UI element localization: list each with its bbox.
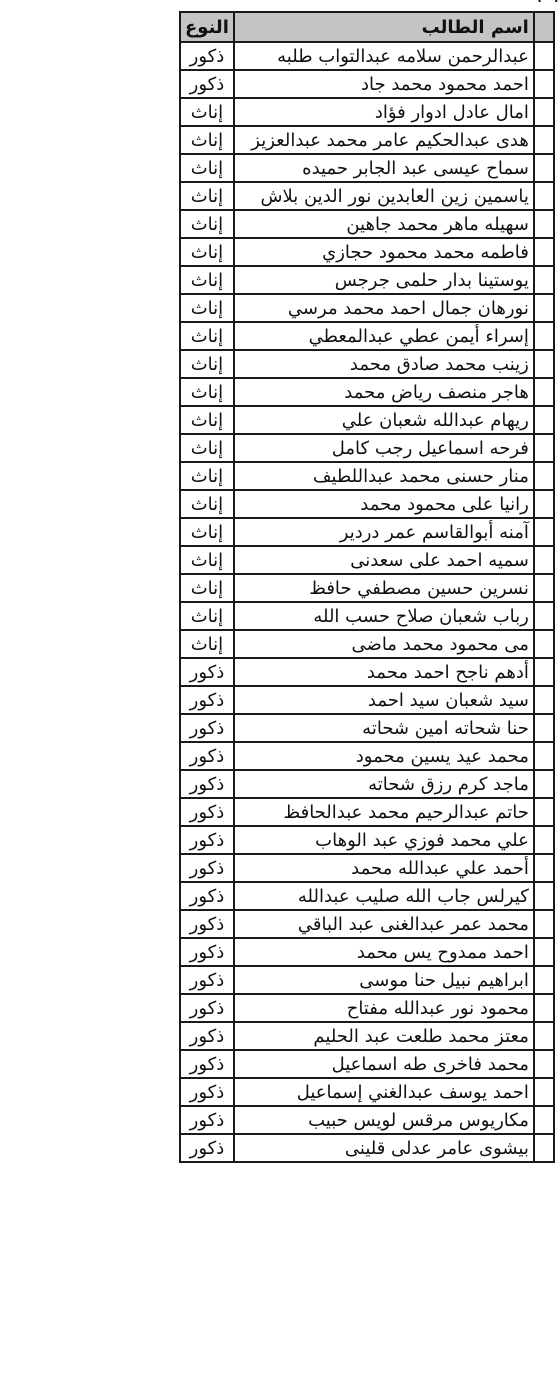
cell-cut-off — [534, 602, 554, 630]
cell-cut-off — [534, 658, 554, 686]
cell-cut-off — [534, 210, 554, 238]
table-row: محمود نور عبدالله مفتاحذكور — [180, 994, 554, 1022]
student-name-cell: يوستينا بدار حلمى جرجس — [234, 266, 534, 294]
student-name-cell: كيرلس جاب الله صليب عبدالله — [234, 882, 534, 910]
table-row: رانيا على محمود محمدإناث — [180, 490, 554, 518]
cell-cut-off — [534, 994, 554, 1022]
student-name-cell: محمد فاخرى طه اسماعيل — [234, 1050, 534, 1078]
student-type-cell: إناث — [180, 266, 234, 294]
student-name-cell: احمد يوسف عبدالغني إسماعيل — [234, 1078, 534, 1106]
table-row: مكاريوس مرقس لويس حبيبذكور — [180, 1106, 554, 1134]
cell-cut-off — [534, 98, 554, 126]
student-type-cell: ذكور — [180, 686, 234, 714]
student-type-cell: إناث — [180, 574, 234, 602]
student-name-cell: فرحه اسماعيل رجب كامل — [234, 434, 534, 462]
table-row: حنا شحاته امين شحاتهذكور — [180, 714, 554, 742]
student-type-cell: ذكور — [180, 826, 234, 854]
header-type: النوع — [180, 12, 234, 42]
cell-cut-off — [534, 406, 554, 434]
table-row: سيد شعبان سيد احمدذكور — [180, 686, 554, 714]
table-header-row: اسم الطالب النوع — [180, 12, 554, 42]
table-row: سماح عيسى عبد الجابر حميدهإناث — [180, 154, 554, 182]
student-type-cell: ذكور — [180, 882, 234, 910]
student-type-cell: ذكور — [180, 70, 234, 98]
student-type-cell: إناث — [180, 518, 234, 546]
student-type-cell: إناث — [180, 602, 234, 630]
student-name-cell: عبدالرحمن سلامه عبدالتواب طلبه — [234, 42, 534, 70]
student-name-cell: مى محمود محمد ماضى — [234, 630, 534, 658]
student-name-cell: زينب محمد صادق محمد — [234, 350, 534, 378]
header-student-name: اسم الطالب — [234, 12, 534, 42]
table-row: محمد عيد يسين محمودذكور — [180, 742, 554, 770]
students-table-container: اسم الطالب النوع عبدالرحمن سلامه عبدالتو… — [179, 11, 555, 1163]
table-row: احمد ممدوح يس محمدذكور — [180, 938, 554, 966]
student-type-cell: إناث — [180, 434, 234, 462]
student-name-cell: امال عادل ادوار فؤاد — [234, 98, 534, 126]
student-name-cell: محمد عيد يسين محمود — [234, 742, 534, 770]
table-row: علي محمد فوزي عبد الوهابذكور — [180, 826, 554, 854]
student-type-cell: إناث — [180, 490, 234, 518]
student-type-cell: ذكور — [180, 770, 234, 798]
student-name-cell: احمد محمود محمد جاد — [234, 70, 534, 98]
student-name-cell: حنا شحاته امين شحاته — [234, 714, 534, 742]
student-type-cell: ذكور — [180, 1050, 234, 1078]
cell-cut-off — [534, 462, 554, 490]
student-name-cell: سميه احمد على سعدنى — [234, 546, 534, 574]
student-type-cell: إناث — [180, 322, 234, 350]
student-type-cell: ذكور — [180, 910, 234, 938]
table-row: امال عادل ادوار فؤادإناث — [180, 98, 554, 126]
cell-cut-off — [534, 630, 554, 658]
table-row: إسراء أيمن عطي عبدالمعطيإناث — [180, 322, 554, 350]
cell-cut-off — [534, 714, 554, 742]
student-type-cell: ذكور — [180, 1078, 234, 1106]
cell-cut-off — [534, 938, 554, 966]
cell-cut-off — [534, 546, 554, 574]
student-type-cell: إناث — [180, 210, 234, 238]
table-row: محمد فاخرى طه اسماعيلذكور — [180, 1050, 554, 1078]
table-row: آمنه أبوالقاسم عمر درديرإناث — [180, 518, 554, 546]
student-type-cell: إناث — [180, 154, 234, 182]
student-name-cell: رباب شعبان صلاح حسب الله — [234, 602, 534, 630]
student-name-cell: سماح عيسى عبد الجابر حميده — [234, 154, 534, 182]
table-row: أحمد علي عبدالله محمدذكور — [180, 854, 554, 882]
student-name-cell: منار حسنى محمد عبداللطيف — [234, 462, 534, 490]
student-type-cell: إناث — [180, 546, 234, 574]
cell-cut-off — [534, 686, 554, 714]
cell-cut-off — [534, 1022, 554, 1050]
student-type-cell: إناث — [180, 294, 234, 322]
student-type-cell: ذكور — [180, 994, 234, 1022]
student-name-cell: آمنه أبوالقاسم عمر دردير — [234, 518, 534, 546]
table-row: يوستينا بدار حلمى جرجسإناث — [180, 266, 554, 294]
student-type-cell: إناث — [180, 378, 234, 406]
table-row: كيرلس جاب الله صليب عبداللهذكور — [180, 882, 554, 910]
table-row: فاطمه محمد محمود حجازيإناث — [180, 238, 554, 266]
cell-cut-off — [534, 322, 554, 350]
student-type-cell: إناث — [180, 406, 234, 434]
table-row: عبدالرحمن سلامه عبدالتواب طلبهذكور — [180, 42, 554, 70]
cell-cut-off — [534, 574, 554, 602]
cell-cut-off — [534, 854, 554, 882]
cell-cut-off — [534, 42, 554, 70]
cell-cut-off — [534, 294, 554, 322]
table-row: زينب محمد صادق محمدإناث — [180, 350, 554, 378]
cell-cut-off — [534, 350, 554, 378]
cell-cut-off — [534, 1050, 554, 1078]
student-name-cell: هاجر منصف رياض محمد — [234, 378, 534, 406]
student-type-cell: إناث — [180, 126, 234, 154]
table-body: عبدالرحمن سلامه عبدالتواب طلبهذكوراحمد م… — [180, 42, 554, 1162]
student-type-cell: ذكور — [180, 1134, 234, 1162]
table-row: نسرين حسين مصطفي حافظإناث — [180, 574, 554, 602]
student-type-cell: ذكور — [180, 798, 234, 826]
student-name-cell: احمد ممدوح يس محمد — [234, 938, 534, 966]
table-row: سميه احمد على سعدنىإناث — [180, 546, 554, 574]
table-row: معتز محمد طلعت عبد الحليمذكور — [180, 1022, 554, 1050]
table-row: رباب شعبان صلاح حسب اللهإناث — [180, 602, 554, 630]
cell-cut-off — [534, 910, 554, 938]
cell-cut-off — [534, 518, 554, 546]
table-row: سهيله ماهر محمد جاهينإناث — [180, 210, 554, 238]
table-row: محمد عمر عبدالغنى عبد الباقيذكور — [180, 910, 554, 938]
cell-cut-off — [534, 826, 554, 854]
student-name-cell: فاطمه محمد محمود حجازي — [234, 238, 534, 266]
table-row: ابراهيم نبيل حنا موسىذكور — [180, 966, 554, 994]
student-name-cell: رانيا على محمود محمد — [234, 490, 534, 518]
student-name-cell: نورهان جمال احمد محمد مرسي — [234, 294, 534, 322]
table-row: أدهم ناجح احمد محمدذكور — [180, 658, 554, 686]
student-name-cell: ابراهيم نبيل حنا موسى — [234, 966, 534, 994]
student-name-cell: سيد شعبان سيد احمد — [234, 686, 534, 714]
student-name-cell: إسراء أيمن عطي عبدالمعطي — [234, 322, 534, 350]
table-row: هدى عبدالحكيم عامر محمد عبدالعزيزإناث — [180, 126, 554, 154]
cell-cut-off — [534, 1078, 554, 1106]
student-type-cell: ذكور — [180, 42, 234, 70]
student-type-cell: ذكور — [180, 1022, 234, 1050]
student-type-cell: ذكور — [180, 854, 234, 882]
student-type-cell: إناث — [180, 98, 234, 126]
table-row: ماجد كرم رزق شحاتهذكور — [180, 770, 554, 798]
cell-cut-off — [534, 266, 554, 294]
student-name-cell: مكاريوس مرقس لويس حبيب — [234, 1106, 534, 1134]
student-type-cell: إناث — [180, 182, 234, 210]
header-cell-cut-off — [534, 12, 554, 42]
student-type-cell: ذكور — [180, 1106, 234, 1134]
cell-cut-off — [534, 126, 554, 154]
cell-cut-off — [534, 238, 554, 266]
table-row: احمد يوسف عبدالغني إسماعيلذكور — [180, 1078, 554, 1106]
cell-cut-off — [534, 434, 554, 462]
student-type-cell: إناث — [180, 350, 234, 378]
student-name-cell: هدى عبدالحكيم عامر محمد عبدالعزيز — [234, 126, 534, 154]
student-type-cell: إناث — [180, 238, 234, 266]
student-type-cell: إناث — [180, 630, 234, 658]
cell-cut-off — [534, 378, 554, 406]
cell-cut-off — [534, 154, 554, 182]
student-type-cell: ذكور — [180, 714, 234, 742]
cell-cut-off — [534, 742, 554, 770]
cell-cut-off — [534, 182, 554, 210]
student-name-cell: نسرين حسين مصطفي حافظ — [234, 574, 534, 602]
student-type-cell: إناث — [180, 462, 234, 490]
table-row: ريهام عبدالله شعبان عليإناث — [180, 406, 554, 434]
table-row: نورهان جمال احمد محمد مرسيإناث — [180, 294, 554, 322]
student-name-cell: علي محمد فوزي عبد الوهاب — [234, 826, 534, 854]
student-name-cell: بيشوى عامر عدلى قلينى — [234, 1134, 534, 1162]
students-table: اسم الطالب النوع عبدالرحمن سلامه عبدالتو… — [179, 11, 555, 1163]
table-row: بيشوى عامر عدلى قلينىذكور — [180, 1134, 554, 1162]
table-row: ياسمين زين العابدين نور الدين بلاشإناث — [180, 182, 554, 210]
cell-cut-off — [534, 1134, 554, 1162]
table-row: منار حسنى محمد عبداللطيفإناث — [180, 462, 554, 490]
student-type-cell: ذكور — [180, 966, 234, 994]
student-name-cell: حاتم عبدالرحيم محمد عبدالحافظ — [234, 798, 534, 826]
student-name-cell: معتز محمد طلعت عبد الحليم — [234, 1022, 534, 1050]
cell-cut-off — [534, 882, 554, 910]
student-name-cell: محمود نور عبدالله مفتاح — [234, 994, 534, 1022]
table-row: فرحه اسماعيل رجب كاملإناث — [180, 434, 554, 462]
cell-cut-off — [534, 770, 554, 798]
student-name-cell: ماجد كرم رزق شحاته — [234, 770, 534, 798]
cell-cut-off — [534, 490, 554, 518]
cell-cut-off — [534, 1106, 554, 1134]
student-name-cell: أحمد علي عبدالله محمد — [234, 854, 534, 882]
student-type-cell: ذكور — [180, 658, 234, 686]
student-name-cell: أدهم ناجح احمد محمد — [234, 658, 534, 686]
table-row: حاتم عبدالرحيم محمد عبدالحافظذكور — [180, 798, 554, 826]
table-row: مى محمود محمد ماضىإناث — [180, 630, 554, 658]
student-name-cell: ريهام عبدالله شعبان علي — [234, 406, 534, 434]
table-row: احمد محمود محمد جادذكور — [180, 70, 554, 98]
cell-cut-off — [534, 70, 554, 98]
cell-cut-off — [534, 798, 554, 826]
table-row: هاجر منصف رياض محمدإناث — [180, 378, 554, 406]
student-name-cell: ياسمين زين العابدين نور الدين بلاش — [234, 182, 534, 210]
student-type-cell: ذكور — [180, 742, 234, 770]
page-title-fragment: ( ) — [300, 0, 560, 2]
student-type-cell: ذكور — [180, 938, 234, 966]
cell-cut-off — [534, 966, 554, 994]
student-name-cell: محمد عمر عبدالغنى عبد الباقي — [234, 910, 534, 938]
student-name-cell: سهيله ماهر محمد جاهين — [234, 210, 534, 238]
